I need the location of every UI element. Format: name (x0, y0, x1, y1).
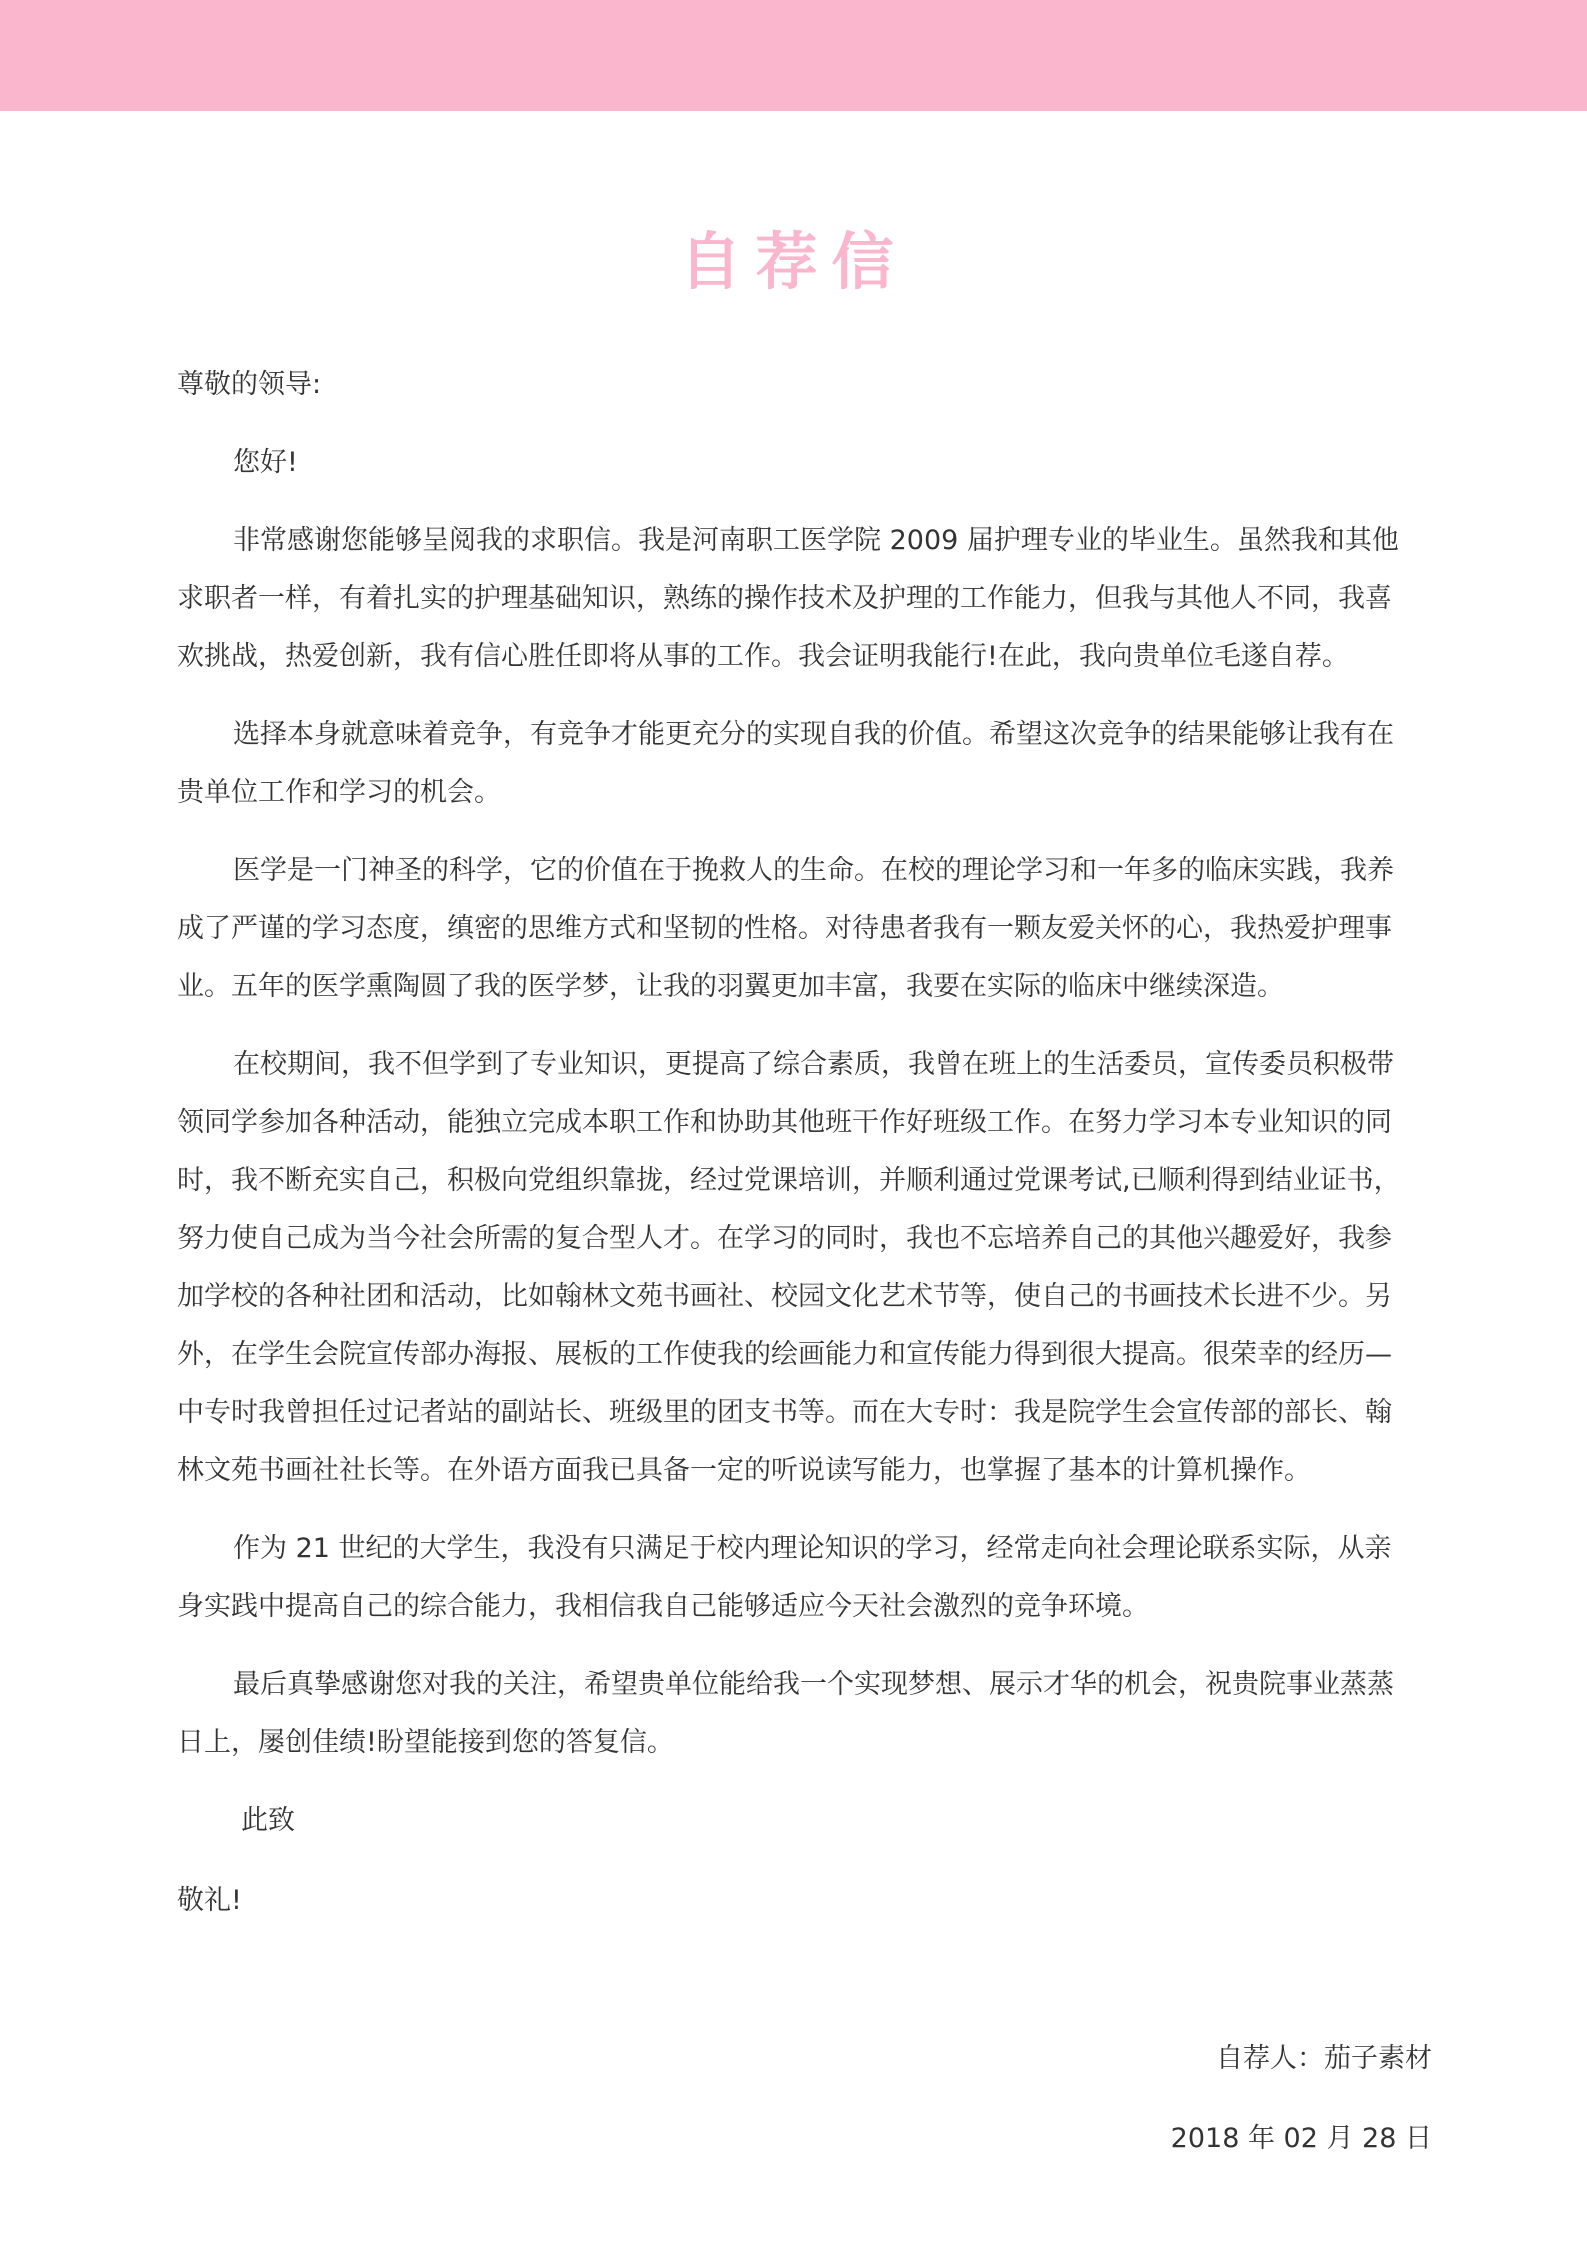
paragraph-1: 非常感谢您能够呈阅我的求职信。我是河南职工医学院 2009 届护理专业的毕业生。… (177, 512, 1433, 686)
paragraph-line: 业。五年的医学熏陶圆了我的医学梦，让我的羽翼更加丰富，我要在实际的临床中继续深造… (177, 958, 1433, 1016)
paragraph-line: 身实践中提高自己的综合能力，我相信我自己能够适应今天社会激烈的竞争环境。 (177, 1578, 1433, 1636)
paragraph-line: 贵单位工作和学习的机会。 (177, 764, 1433, 822)
letter-body: 尊敬的领导: 您好! 非常感谢您能够呈阅我的求职信。我是河南职工医学院 2009… (177, 356, 1433, 1930)
paragraph-line: 林文苑书画社社长等。在外语方面我已具备一定的听说读写能力，也掌握了基本的计算机操… (177, 1442, 1433, 1500)
paragraph-line: 中专时我曾担任过记者站的副站长、班级里的团支书等。而在大专时：我是院学生会宣传部… (177, 1384, 1433, 1442)
paragraph-line: 欢挑战，热爱创新，我有信心胜任即将从事的工作。我会证明我能行!在此，我向贵单位毛… (177, 628, 1433, 686)
paragraph-line: 外，在学生会院宣传部办海报、展板的工作使我的绘画能力和宣传能力得到很大提高。很荣… (177, 1326, 1433, 1384)
header-band (0, 0, 1587, 111)
salutation: 尊敬的领导: (177, 356, 1433, 414)
signer-name: 自荐人：茄子素材 (1171, 2030, 1432, 2088)
paragraph-line: 加学校的各种社团和活动，比如翰林文苑书画社、校园文化艺术节等，使自己的书画技术长… (177, 1268, 1433, 1326)
paragraph-3: 医学是一门神圣的科学，它的价值在于挽救人的生命。在校的理论学习和一年多的临床实践… (177, 842, 1433, 1016)
paragraph-line: 求职者一样，有着扎实的护理基础知识，熟练的操作技术及护理的工作能力，但我与其他人… (177, 570, 1433, 628)
paragraph-line: 最后真挚感谢您对我的关注，希望贵单位能给我一个实现梦想、展示才华的机会，祝贵院事… (177, 1656, 1433, 1714)
paragraph-line: 成了严谨的学习态度，缜密的思维方式和坚韧的性格。对待患者我有一颗友爱关怀的心，我… (177, 900, 1433, 958)
paragraph-line: 日上，屡创佳绩!盼望能接到您的答复信。 (177, 1714, 1433, 1772)
paragraph-5: 作为 21 世纪的大学生，我没有只满足于校内理论知识的学习，经常走向社会理论联系… (177, 1520, 1433, 1636)
paragraph-line: 领同学参加各种活动，能独立完成本职工作和协助其他班干作好班级工作。在努力学习本专… (177, 1094, 1433, 1152)
closing-phrase: 此致 (177, 1792, 1433, 1850)
paragraph-2: 选择本身就意味着竞争，有竞争才能更充分的实现自我的价值。希望这次竞争的结果能够让… (177, 706, 1433, 822)
signature-block: 自荐人：茄子素材 2018 年 02 月 28 日 (1171, 2030, 1432, 2168)
greeting: 您好! (177, 434, 1433, 492)
paragraph-4: 在校期间，我不但学到了专业知识，更提高了综合素质，我曾在班上的生活委员，宣传委员… (177, 1036, 1433, 1500)
paragraph-line: 在校期间，我不但学到了专业知识，更提高了综合素质，我曾在班上的生活委员，宣传委员… (177, 1036, 1433, 1094)
letter-date: 2018 年 02 月 28 日 (1171, 2110, 1432, 2168)
paragraph-line: 非常感谢您能够呈阅我的求职信。我是河南职工医学院 2009 届护理专业的毕业生。… (177, 512, 1433, 570)
page-title: 自荐信 (0, 222, 1587, 302)
paragraph-line: 努力使自己成为当今社会所需的复合型人才。在学习的同时，我也不忘培养自己的其他兴趣… (177, 1210, 1433, 1268)
paragraph-6: 最后真挚感谢您对我的关注，希望贵单位能给我一个实现梦想、展示才华的机会，祝贵院事… (177, 1656, 1433, 1772)
paragraph-line: 时，我不断充实自己，积极向党组织靠拢，经过党课培训，并顺利通过党课考试,已顺利得… (177, 1152, 1433, 1210)
paragraph-line: 选择本身就意味着竞争，有竞争才能更充分的实现自我的价值。希望这次竞争的结果能够让… (177, 706, 1433, 764)
paragraph-line: 作为 21 世纪的大学生，我没有只满足于校内理论知识的学习，经常走向社会理论联系… (177, 1520, 1433, 1578)
closing-salute: 敬礼! (177, 1872, 1433, 1930)
paragraph-line: 医学是一门神圣的科学，它的价值在于挽救人的生命。在校的理论学习和一年多的临床实践… (177, 842, 1433, 900)
